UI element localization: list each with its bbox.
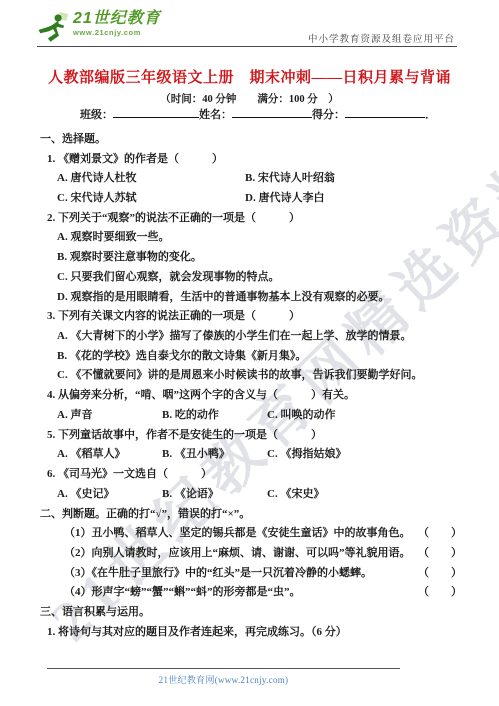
exam-line: 三、语言积累与运用。 (40, 601, 464, 621)
option-cell: B. 宋代诗人叶绍翁 (245, 169, 335, 185)
logo-text: 21世纪教育 www.21cnjy.com (73, 10, 161, 37)
statement-text: （1）丑小鸭、稻草人、坚定的锡兵都是《安徒生童话》中的故事角色。 (64, 524, 411, 540)
option-cell: B. 吃的动作 (162, 406, 267, 422)
answer-bracket: （ ） (418, 544, 462, 560)
paper-title: 人教部编版三年级语文上册 期末冲刺——日积月累与背诵 (0, 66, 499, 87)
exam-line: A. 观察时要细致一些。 (40, 227, 464, 247)
platform-tagline: 中小学教育资源及组卷应用平台 (308, 31, 455, 45)
statement-text: （4）形声字“螃”“蟹”“蝌”“蚪”的形旁都是“虫”。 (64, 583, 301, 599)
option-cell: D. 唐代诗人李白 (245, 189, 324, 205)
option-cell: A. 《史记》 (57, 485, 162, 501)
exam-line: 5. 下列童话故事中，作者不是安徒生的一项是（ ） (40, 424, 464, 444)
logo-brand-name: 21世纪教育 (73, 10, 161, 28)
option-cell: A. 《稻草人》 (57, 445, 162, 461)
answer-bracket: （ ） (418, 524, 462, 540)
exam-line: C. 只要我们留心观察，就会发现事物的特点。 (40, 266, 464, 286)
exam-line: A. 《稻草人》B. 《丑小鸭》C. 《拇指姑娘》 (40, 444, 464, 464)
option-cell: A. 唐代诗人杜牧 (57, 169, 245, 185)
footer-divider (47, 668, 400, 669)
score-blank (345, 106, 425, 118)
logo-url: www.21cnjy.com (73, 28, 161, 37)
answer-bracket: （ ） (418, 583, 462, 599)
student-info-row: 班级：姓名：得分：． (80, 106, 436, 122)
exam-line: （2）向别人请教时，应该用上“麻烦、请、谢谢、可以吗”等礼貌用语。（ ） (40, 542, 464, 562)
option-cell: C. 《拇指姑娘》 (267, 445, 346, 461)
exam-line: （4）形声字“螃”“蟹”“蝌”“蚪”的形旁都是“虫”。（ ） (40, 582, 464, 602)
option-cell: B. 《论语》 (162, 485, 267, 501)
exam-line: 一、选择题。 (40, 128, 464, 148)
name-label: 姓名： (199, 109, 232, 121)
exam-body: 一、选择题。1. 《赠刘景文》的作者是（ ）A. 唐代诗人杜牧B. 宋代诗人叶绍… (40, 128, 464, 641)
exam-line: 2. 下列关于“观察”的说法不正确的一项是（ ） (40, 207, 464, 227)
answer-bracket: （ ） (418, 564, 462, 580)
footer-site-link: 21世纪教育网(www.21cnjy.com) (47, 673, 400, 686)
exam-line: B. 《花的学校》选自泰戈尔的散文诗集《新月集》。 (40, 345, 464, 365)
exam-line: C. 《不懂就要问》讲的是周恩来小时候读书的故事，告诉我们要勤学好问。 (40, 365, 464, 385)
site-logo: 21世纪教育 www.21cnjy.com (36, 10, 161, 46)
time-score-line: （时间：40 分钟 满分：100 分 ） (0, 91, 499, 106)
exam-line: A. 《大青树下的小学》描写了傣族的小学生们在一起上学、放学的情景。 (40, 325, 464, 345)
period-mark: ． (425, 109, 436, 121)
exam-line: （3）《在牛肚子里旅行》中的“红头”是一只沉着冷静的小蟋蟀。（ ） (40, 562, 464, 582)
exam-line: B. 观察时要注意事物的变化。 (40, 246, 464, 266)
exam-line: A. 唐代诗人杜牧B. 宋代诗人叶绍翁 (40, 167, 464, 187)
class-label: 班级： (80, 109, 113, 121)
name-blank (232, 106, 312, 118)
exam-paper-page: 21世纪教育网精选资料 21世纪教育 www.21cnjy.com 中小学教育资… (0, 0, 499, 706)
score-label: 得分： (312, 109, 345, 121)
exam-line: 4. 从偏旁来分析，“啃、咽”这两个字的含义与（ ）有关。 (40, 384, 464, 404)
runner-logo-icon (36, 12, 70, 46)
exam-line: 二、判断题。正确的打“√”，错误的打“×”。 (40, 503, 464, 523)
header-divider (37, 46, 457, 47)
exam-line: C. 宋代诗人苏轼D. 唐代诗人李白 (40, 187, 464, 207)
exam-line: 6. 《司马光》一文选自（ ） (40, 463, 464, 483)
class-blank (113, 106, 199, 118)
exam-line: A. 声音B. 吃的动作C. 叫唤的动作 (40, 404, 464, 424)
exam-line: D. 观察指的是用眼睛看，生活中的普通事物基本上没有观察的必要。 (40, 286, 464, 306)
statement-text: （3）《在牛肚子里旅行》中的“红头”是一只沉着冷静的小蟋蟀。 (64, 564, 372, 580)
statement-text: （2）向别人请教时，应该用上“麻烦、请、谢谢、可以吗”等礼貌用语。 (64, 544, 411, 560)
exam-line: A. 《史记》B. 《论语》C. 《宋史》 (40, 483, 464, 503)
option-cell: A. 声音 (57, 406, 162, 422)
option-cell: C. 《宋史》 (267, 485, 324, 501)
exam-line: 1. 将诗句与其对应的题目及作者连起来，再完成练习。（6 分） (40, 621, 464, 641)
exam-line: 3. 下列有关课文内容的说法正确的一项是（ ） (40, 305, 464, 325)
option-cell: B. 《丑小鸭》 (162, 445, 267, 461)
exam-line: 1. 《赠刘景文》的作者是（ ） (40, 148, 464, 168)
option-cell: C. 叫唤的动作 (267, 406, 335, 422)
exam-line: （1）丑小鸭、稻草人、坚定的锡兵都是《安徒生童话》中的故事角色。（ ） (40, 522, 464, 542)
option-cell: C. 宋代诗人苏轼 (57, 189, 245, 205)
